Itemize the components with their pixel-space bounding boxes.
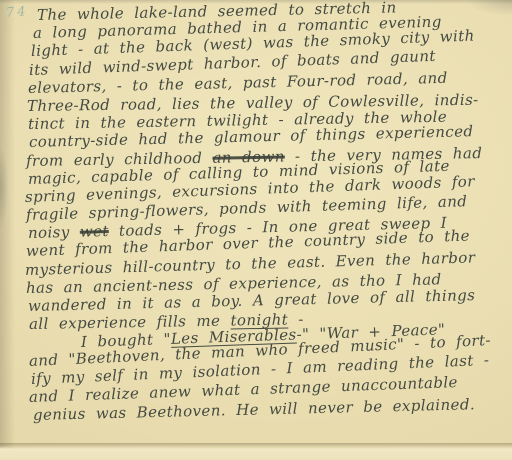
crossed-out-text: wet bbox=[80, 222, 109, 241]
page-number: 74 bbox=[6, 4, 30, 21]
page-bottom-edge bbox=[0, 443, 512, 460]
manuscript-segment: noisy bbox=[28, 223, 80, 242]
page-side-smudge bbox=[0, 138, 13, 238]
manuscript-text: The whole lake-land seemed to stretch in… bbox=[31, 6, 510, 424]
journal-page: 74 The whole lake-land seemed to stretch… bbox=[0, 0, 512, 460]
